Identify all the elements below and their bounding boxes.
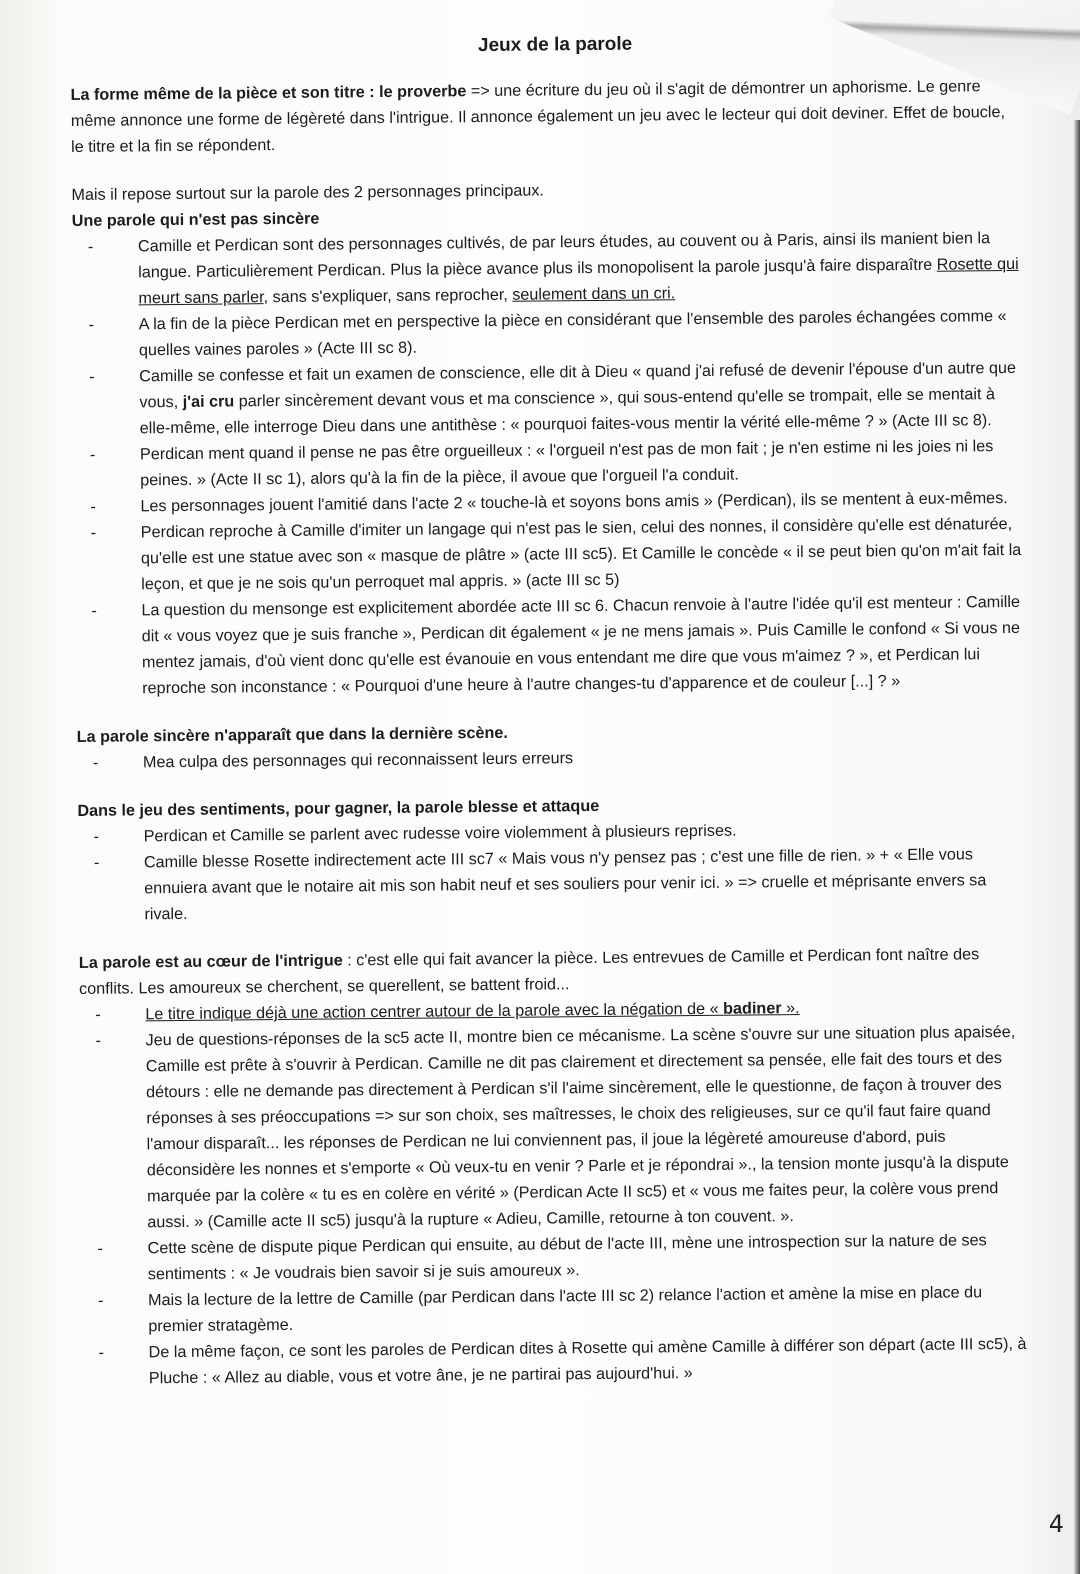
bullet-text-part: Jeu de questions-réponses de la sc5 acte…: [146, 1023, 1016, 1231]
bullet-item: Camille se confesse et fait un examen de…: [139, 355, 1024, 441]
bullet-text-part: badiner: [723, 999, 782, 1018]
bullet-item: Mais la lecture de la lettre de Camille …: [148, 1279, 1032, 1339]
bullet-item: Camille et Perdican sont des personnages…: [138, 225, 1023, 311]
bullet-text-part: Cette scène de dispute pique Perdican qu…: [148, 1231, 987, 1283]
page-edge-shadow: [1074, 120, 1080, 1574]
bullet-text-part: ».: [781, 999, 799, 1017]
bullet-text-part: Camille blesse Rosette indirectement act…: [144, 845, 987, 923]
bullet-text-part: seulement dans un cri.: [512, 284, 675, 304]
intro-paragraph: La forme même de la pièce et son titre :…: [70, 73, 1021, 160]
document-body: Jeux de la parole La forme même de la pi…: [70, 29, 1033, 1392]
bullet-text-part: parler sincèrement devant vous et ma con…: [140, 385, 995, 437]
bullet-item: La question du mensonge est explicitemen…: [141, 589, 1026, 701]
bullet-text-part: La question du mensonge est explicitemen…: [141, 593, 1020, 697]
bullet-text-part: De la même façon, ce sont les paroles de…: [149, 1335, 1027, 1387]
page-number: 4: [1049, 1510, 1064, 1538]
bullet-item: Perdican reproche à Camille d'imiter un …: [141, 511, 1026, 597]
bullet-item: De la même façon, ce sont les paroles de…: [148, 1331, 1032, 1391]
intro-bold-lead: La forme même de la pièce et son titre :…: [70, 82, 466, 104]
scanned-page: Jeux de la parole La forme même de la pi…: [0, 0, 1080, 1574]
section-list-insincere-speech: Camille et Perdican sont des personnages…: [72, 225, 1026, 702]
bullet-item: Camille blesse Rosette indirectement act…: [144, 841, 1029, 927]
bullet-text-part: A la fin de la pièce Perdican met en per…: [139, 307, 1007, 359]
section-list-speech-plot: Le titre indique déjà une action centrer…: [79, 993, 1033, 1392]
bullet-text-part: Le titre indique déjà une action centrer…: [145, 1000, 723, 1024]
bullet-text-part: Mea culpa des personnages qui reconnaiss…: [143, 749, 573, 771]
section-title-speech-plot-bold: La parole est au cœur de l'intrigue: [79, 951, 343, 972]
bullet-text-part: j'ai cru: [183, 392, 235, 410]
bullet-text-part: Perdican reproche à Camille d'imiter un …: [141, 515, 1022, 593]
bullet-text-part: , sans s'expliquer, sans reprocher,: [263, 286, 512, 306]
bullet-item: Cette scène de dispute pique Perdican qu…: [147, 1227, 1031, 1287]
section-title-speech-plot: La parole est au cœur de l'intrigue : c'…: [79, 941, 1029, 1002]
section-list-speech-wounds: Perdican et Camille se parlent avec rude…: [78, 815, 1029, 928]
document-title: Jeux de la parole: [70, 29, 1020, 62]
bullet-text-part: Perdican ment quand il pense ne pas être…: [140, 437, 993, 489]
bullet-item: A la fin de la pièce Perdican met en per…: [139, 303, 1023, 363]
bullet-text-part: Camille et Perdican sont des personnages…: [138, 229, 990, 281]
bullet-text-part: Mais la lecture de la lettre de Camille …: [148, 1283, 982, 1335]
bullet-text-part: Perdican et Camille se parlent avec rude…: [144, 822, 737, 846]
bullet-item: Perdican ment quand il pense ne pas être…: [140, 433, 1024, 493]
bullet-item: Jeu de questions-réponses de la sc5 acte…: [146, 1019, 1032, 1235]
